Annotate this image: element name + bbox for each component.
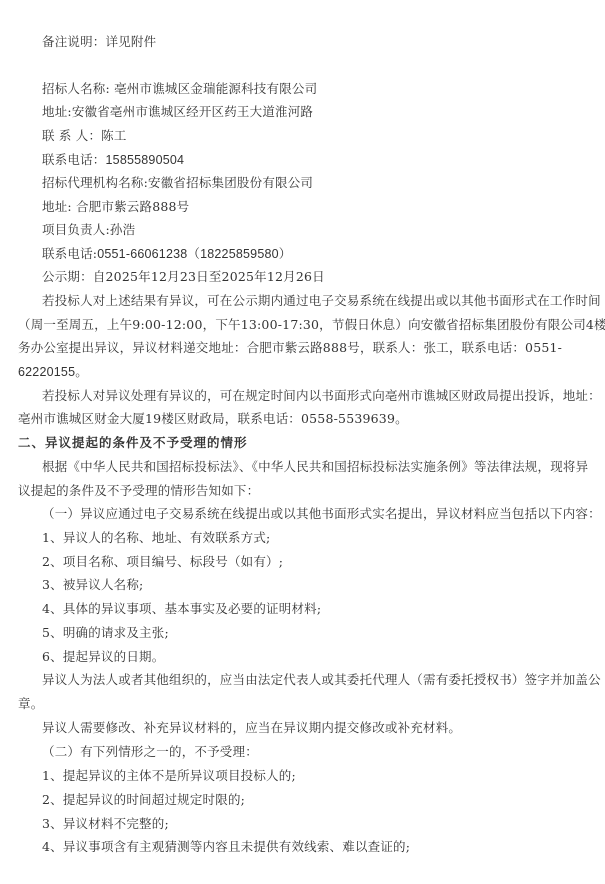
remark-label: 备注说明： — [42, 34, 106, 49]
tenderer-contact-label: 联 系 人： — [42, 128, 101, 143]
signature-para-line-2: 章。 — [18, 696, 43, 712]
sub-2-item-4: 4、异议事项含有主观猜测等内容且未提供有效线索、难以查证的; — [42, 839, 410, 855]
sub-2-title: （二）有下列情形之一的，不予受理： — [42, 744, 258, 760]
tenderer-name: 亳州市谯城区金瑞能源科技有限公司 — [114, 81, 317, 96]
agency-pm: 孙浩 — [110, 222, 135, 237]
tenderer-phone-line: 联系电话：15855890504 — [42, 152, 184, 168]
announcement-document: 备注说明：详见附件 招标人名称: 亳州市谯城区金瑞能源科技有限公司 地址:安徽省… — [0, 0, 605, 884]
sub-1-title: （一）异议应通过电子交易系统在线提出或以其他书面形式实名提出，异议材料应当包括以… — [42, 506, 601, 522]
signature-para-line-1: 异议人为法人或者其他组织的，应当由法定代表人或其委托代理人（需有委托授权书）签字… — [42, 672, 601, 688]
tenderer-phone: 15855890504 — [106, 153, 185, 167]
section-2-intro-line-1: 根据《中华人民共和国招标投标法》、《中华人民共和国招标投标法实施条例》等法律法规… — [42, 459, 588, 475]
agency-address: 合肥市紫云路888号 — [76, 199, 189, 214]
tenderer-name-label: 招标人名称: — [42, 81, 110, 96]
agency-address-label: 地址: — [42, 199, 76, 214]
sub-1-item-2: 2、项目名称、项目编号、标段号（如有）; — [42, 554, 283, 570]
complaint-para-line-1: 若投标人对异议处理有异议的，可在规定时间内以书面形式向亳州市谯城区财政局提出投诉… — [42, 388, 601, 404]
sub-1-item-5: 5、明确的请求及主张; — [42, 625, 169, 641]
section-2-heading: 二、异议提起的条件及不予受理的情形 — [18, 435, 248, 451]
tenderer-address-label: 地址: — [42, 104, 72, 119]
amend-para: 异议人需要修改、补充异议材料的，应当在异议期内提交修改或补充材料。 — [42, 720, 461, 736]
agency-name: 安徽省招标集团股份有限公司 — [148, 175, 313, 190]
objection-para-line-1: 若投标人对上述结果有异议，可在公示期内通过电子交易系统在线提出或以其他书面形式在… — [42, 293, 601, 309]
remark-line: 备注说明：详见附件 — [42, 34, 156, 50]
agency-phone: 0551-66061238（18225859580） — [97, 247, 291, 261]
complaint-para-line-2: 亳州市谯城区财金大厦19楼区财政局，联系电话：0558-5539639。 — [18, 411, 408, 427]
section-2-intro-line-2: 议提起的条件及不予受理的情形告知如下： — [18, 483, 259, 499]
agency-name-line: 招标代理机构名称:安徽省招标集团股份有限公司 — [42, 175, 313, 191]
objection-para-line-2: （周一至周五，上午9:00-12:00，下午13:00-17:30，节假日休息）… — [18, 317, 605, 333]
tenderer-name-line: 招标人名称: 亳州市谯城区金瑞能源科技有限公司 — [42, 81, 317, 97]
sub-1-item-6: 6、提起异议的日期。 — [42, 649, 164, 665]
sub-2-item-1: 1、提起异议的主体不是所异议项目投标人的; — [42, 768, 296, 784]
tenderer-contact-line: 联 系 人：陈工 — [42, 128, 127, 144]
tenderer-contact: 陈工 — [101, 128, 126, 143]
remark-value: 详见附件 — [106, 34, 157, 49]
sub-1-item-1: 1、异议人的名称、地址、有效联系方式; — [42, 530, 270, 546]
publicity-period-line: 公示期：自2025年12月23日至2025年12月26日 — [42, 269, 325, 285]
agency-pm-line: 项目负责人:孙浩 — [42, 222, 135, 238]
tenderer-address: 安徽省亳州市谯城区经开区药王大道淮河路 — [72, 104, 313, 119]
tenderer-address-line: 地址:安徽省亳州市谯城区经开区药王大道淮河路 — [42, 104, 313, 120]
agency-address-line: 地址: 合肥市紫云路888号 — [42, 199, 189, 215]
agency-phone-line: 联系电话:0551-66061238（18225859580） — [42, 246, 291, 262]
objection-para-line-3: 务办公室提出异议，异议材料递交地址：合肥市紫云路888号，联系人：张工，联系电话… — [18, 340, 562, 356]
objection-para-line-4: 62220155。 — [18, 364, 88, 380]
publicity-label: 公示期： — [42, 269, 93, 284]
sub-2-item-3: 3、异议材料不完整的; — [42, 816, 169, 832]
agency-name-label: 招标代理机构名称: — [42, 175, 148, 190]
tenderer-phone-label: 联系电话： — [42, 152, 106, 167]
sub-2-item-2: 2、提起异议的时间超过规定时限的; — [42, 792, 245, 808]
agency-phone-label: 联系电话: — [42, 246, 97, 261]
sub-1-item-4: 4、具体的异议事项、基本事实及必要的证明材料; — [42, 601, 321, 617]
sub-1-item-3: 3、被异议人名称; — [42, 577, 143, 593]
agency-pm-label: 项目负责人: — [42, 222, 110, 237]
publicity-value: 自2025年12月23日至2025年12月26日 — [93, 269, 325, 284]
